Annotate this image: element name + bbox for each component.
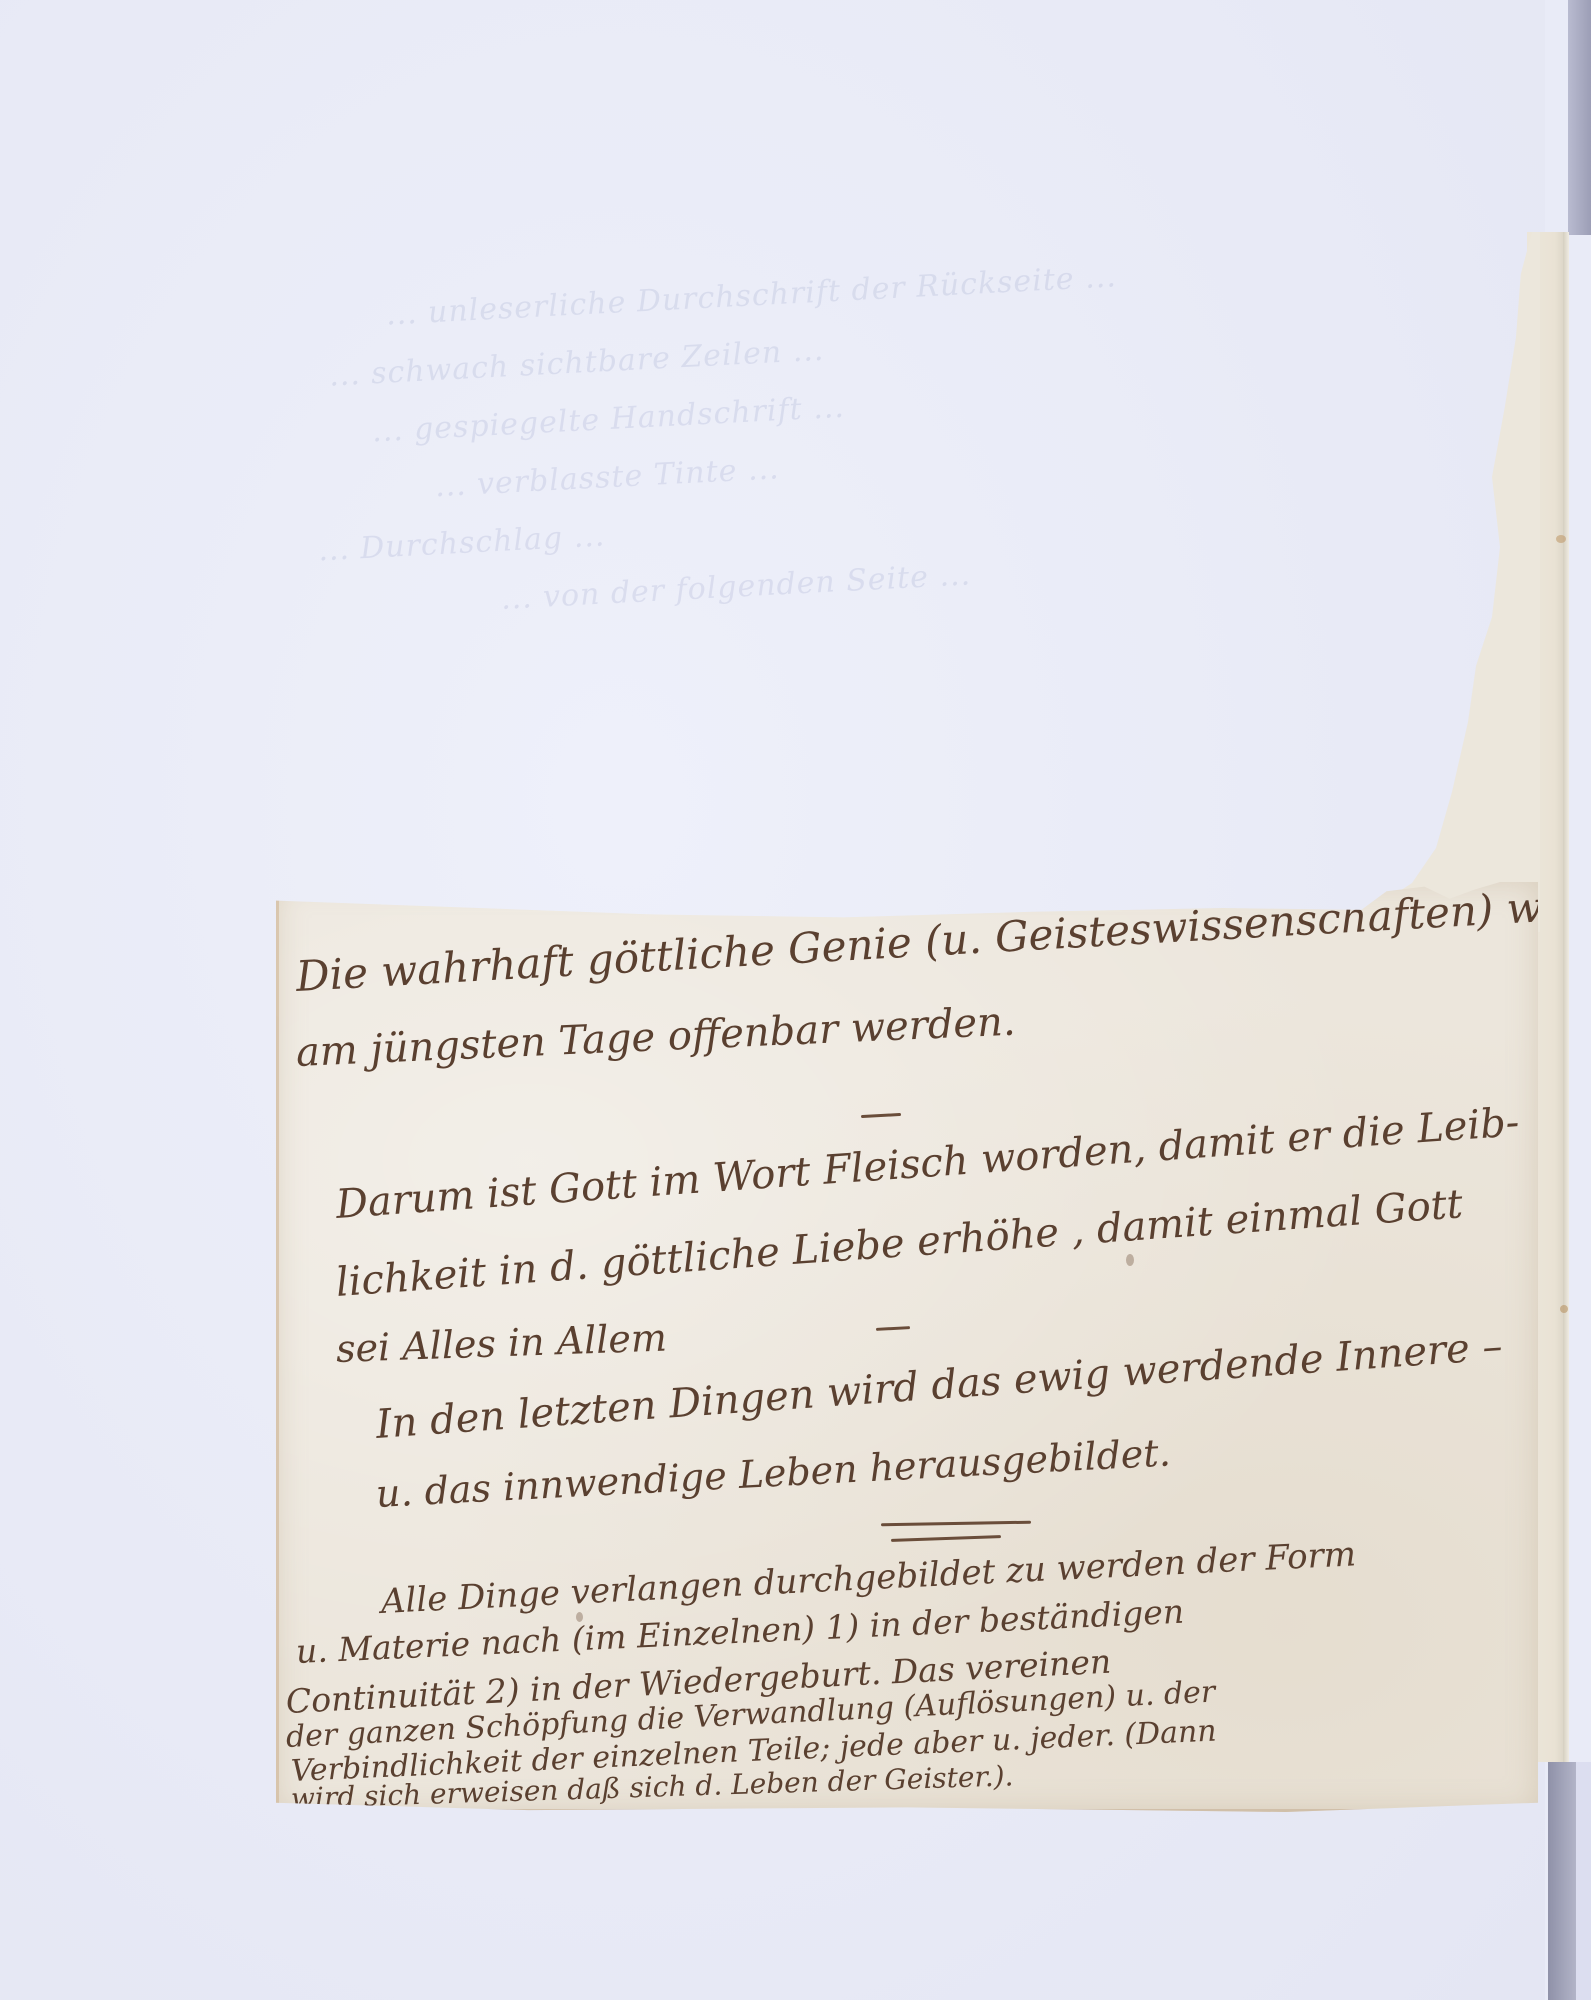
manuscript-line: am jüngsten Tage offenbar werden. (295, 999, 1016, 1076)
foxing-spot (1560, 1305, 1568, 1313)
gutter-margin (1576, 1762, 1591, 2000)
manuscript-line: sei Alles in Allem (335, 1315, 667, 1371)
ink-spot (1126, 1254, 1134, 1266)
manuscript-line: u. das innwendige Leben herausgebildet. (375, 1430, 1172, 1516)
ink-spot (576, 1612, 583, 1622)
bleed-through-text: ... unleserliche Durchschrift der Rückse… (384, 234, 1415, 905)
separator-rule-double (891, 1535, 1001, 1542)
separator-rule-double (881, 1521, 1031, 1527)
book-gutter-shadow-bottom (1548, 1762, 1576, 2000)
page-fold (1563, 232, 1569, 1762)
separator-rule (876, 1326, 910, 1331)
separator-rule (861, 1113, 901, 1118)
manuscript-fragment: Die wahrhaft göttliche Genie (u. Geistes… (276, 882, 1538, 1812)
foxing-spot (1556, 535, 1566, 543)
book-gutter-shadow (1568, 0, 1591, 235)
